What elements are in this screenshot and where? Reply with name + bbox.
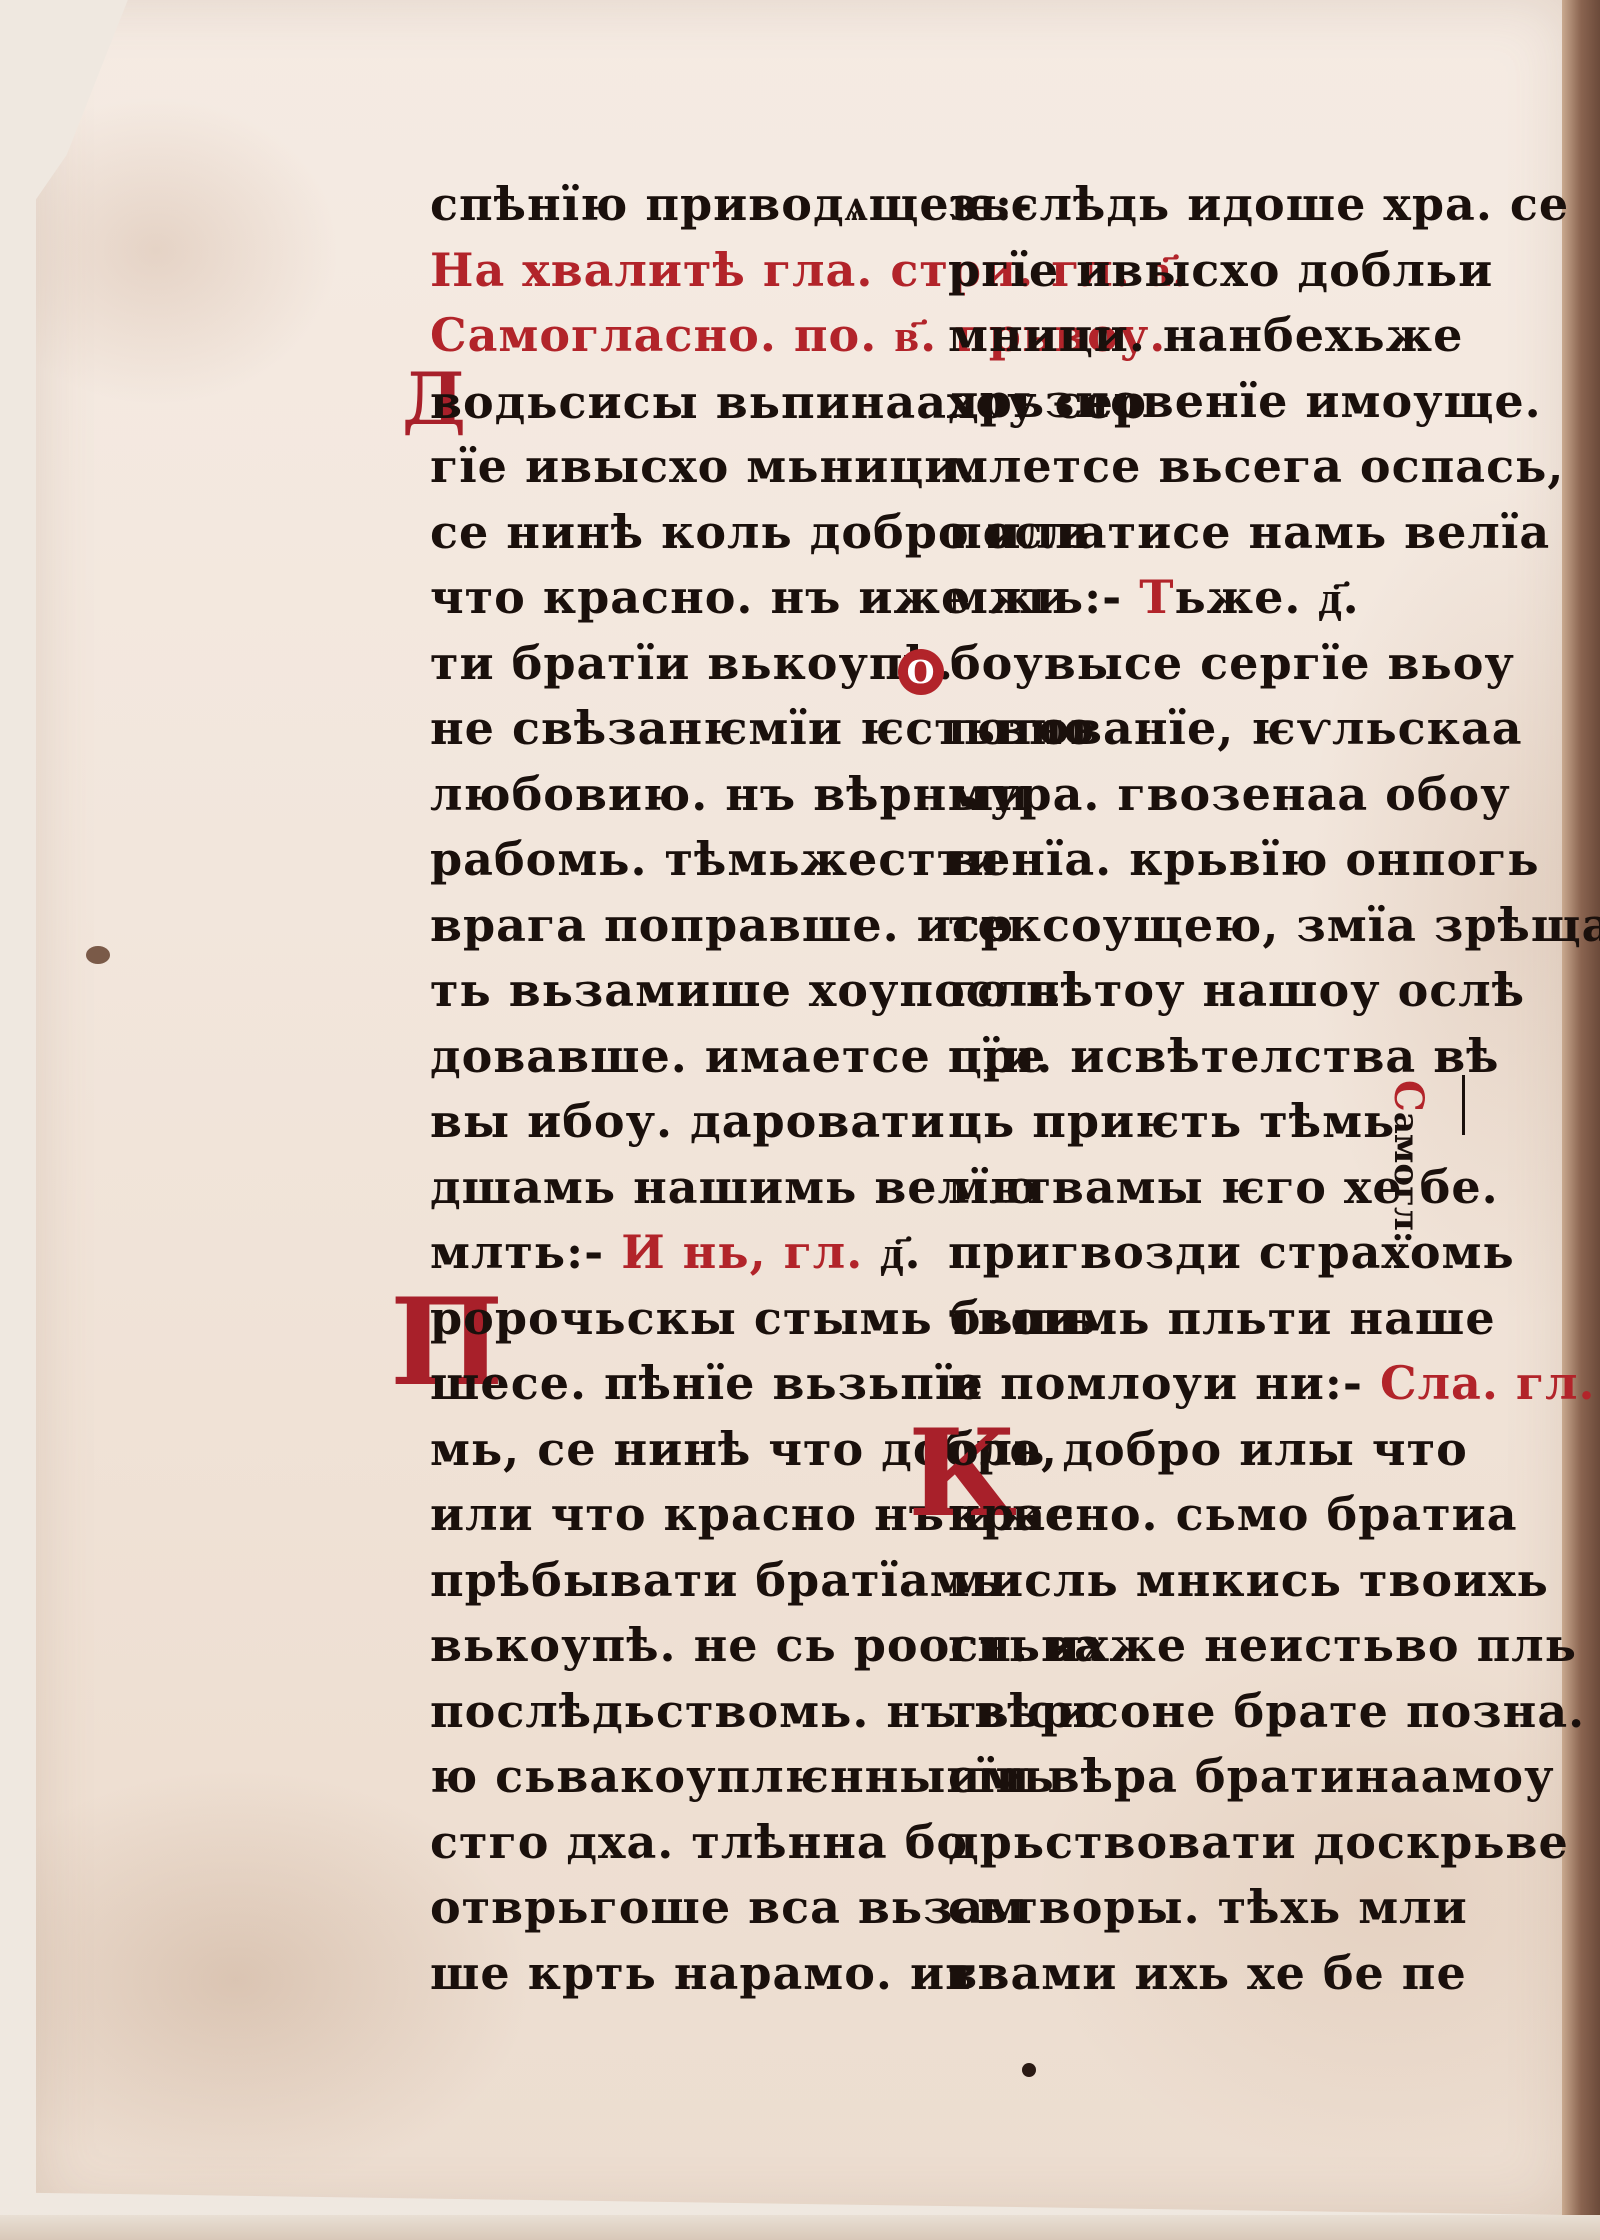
line-text: сїи вѣра братинаамоу xyxy=(948,1749,1555,1803)
line-text: тексоущею, змїа зрѣща xyxy=(948,898,1600,952)
left-text-column: спѣнїю приводѧщеѥ:-На хвалитѣ гла. стри.… xyxy=(430,172,930,2006)
text-line: врага поправше. иср xyxy=(430,893,930,959)
text-line: отврьгоше вса вьзам xyxy=(430,1875,930,1941)
text-line: сїи вѣра братинаамоу xyxy=(948,1744,1448,1810)
line-text: шесе. пѣнїе вьзьпїе xyxy=(430,1356,984,1410)
line-text: го пѣтоу нашоу ослѣ xyxy=(948,963,1525,1017)
line-text: врага поправше. иср xyxy=(430,898,1014,952)
margin-initial: С xyxy=(1385,1080,1432,1112)
text-line: ю сьвакоуплѥнныимь xyxy=(430,1744,930,1810)
line-text: гн. ихже неистьво пль xyxy=(948,1618,1577,1672)
line-text: пїи. исвѣтелства вѣ xyxy=(948,1029,1500,1083)
text-line: ть вьзамише хоупосль xyxy=(430,958,930,1024)
text-line: се нинѣ коль добро или xyxy=(430,500,930,566)
text-line: довавше. имаетсе цре xyxy=(430,1024,930,1090)
text-line: дрьзновенїе имоуще. xyxy=(948,369,1448,435)
text-line: мура. гвозенаа обоу xyxy=(948,762,1448,828)
rubric-text: Т xyxy=(1139,570,1174,624)
line-text: г҃. xyxy=(1596,1356,1600,1410)
text-line: мници. нанбехьже xyxy=(948,303,1448,369)
line-text: ть сисоне брате позна. xyxy=(948,1684,1585,1738)
line-text: послатисе намь велїа xyxy=(948,505,1550,559)
line-text: оль добро илы что xyxy=(948,1422,1468,1476)
line-text: рабомь. тѣмьжестти xyxy=(430,832,1001,886)
line-text: ць приѥть тѣмь xyxy=(948,1094,1395,1148)
line-text: млть:- xyxy=(430,1225,621,1279)
text-line: Пророчьскы стымь бьшь xyxy=(430,1286,930,1352)
text-line: Обоувысе сергїе вьоу xyxy=(948,631,1448,697)
text-line: послатисе намь велїа xyxy=(948,500,1448,566)
text-line: послѣдьствомь. нъ вѣро xyxy=(430,1679,930,1745)
text-line: Дводьсисы вьпинаахоу сер xyxy=(430,369,930,435)
text-line: го пѣтоу нашоу ослѣ xyxy=(948,958,1448,1024)
line-text: зьслѣдь идоше хра. се xyxy=(948,177,1569,231)
line-text: спѣнїю приводѧщеѥ:- xyxy=(430,177,1033,231)
line-text: красно. сьмо братиа xyxy=(948,1487,1518,1541)
line-text: ше крть нарамо. ивь xyxy=(430,1946,1010,2000)
line-text: дрьствовати доскрьве xyxy=(948,1815,1569,1869)
text-line: мисль мнкись твоихь xyxy=(948,1548,1448,1614)
text-line: любовию. нъ вѣрныи xyxy=(430,762,930,828)
line-text: ргїе ивысхо добльи xyxy=(948,243,1493,297)
manuscript-scan: спѣнїю приводѧщеѥ:-На хвалитѣ гла. стри.… xyxy=(0,0,1600,2240)
text-line: млть:- И нь, гл. д҃. xyxy=(430,1220,930,1286)
line-text: мура. гвозенаа обоу xyxy=(948,767,1511,821)
rubric-text: Сла. гл. xyxy=(1380,1356,1596,1410)
line-text: готованїе, ѥѵльскаа xyxy=(948,701,1523,755)
line-text: ьже. д҃. xyxy=(1174,570,1359,624)
line-text: дшамь нашимь велїю xyxy=(430,1160,1038,1214)
text-line: ргїе ивысхо добльи xyxy=(948,238,1448,304)
text-line: и помлоуи ни:- Сла. гл. г҃. xyxy=(948,1351,1448,1417)
text-line: прѣбывати братїамь xyxy=(430,1548,930,1614)
text-line: красно. сьмо братиа xyxy=(948,1482,1448,1548)
text-line: венїа. крьвїю онпогь xyxy=(948,827,1448,893)
text-line: гїе ивысхо мьници. xyxy=(430,434,930,500)
illuminated-initial: П xyxy=(390,1288,430,1398)
text-line: ше крть нарамо. ивь xyxy=(430,1941,930,2007)
margin-mark xyxy=(1462,1075,1465,1135)
illuminated-initial: К xyxy=(908,1419,948,1529)
line-text: твоимь пльти наше xyxy=(948,1291,1496,1345)
line-text: мници. нанбехьже xyxy=(948,308,1463,362)
line-text: дрьзновенїе имоуще. xyxy=(948,374,1542,428)
text-line: пригвозди страхомь xyxy=(948,1220,1448,1286)
text-line: ти братїи вькоупѣ. xyxy=(430,631,930,697)
right-text-column: зьслѣдь идоше хра. сергїе ивысхо добльим… xyxy=(948,172,1448,2006)
text-line: не свѣзанѥмїи ѥстьвно xyxy=(430,696,930,762)
line-text: боувысе сергїе вьоу xyxy=(950,636,1515,690)
text-line: дрьствовати доскрьве xyxy=(948,1810,1448,1876)
text-line: шесе. пѣнїе вьзьпїе xyxy=(430,1351,930,1417)
text-line: готованїе, ѥѵльскаа xyxy=(948,696,1448,762)
line-text: отврьгоше вса вьзам xyxy=(430,1880,1025,1934)
bottom-edge xyxy=(0,2215,1600,2240)
text-line: Коль добро илы что xyxy=(948,1417,1448,1483)
text-line: Самогласно. по. в҃. прьвоу. xyxy=(430,303,930,369)
rubric-text: И нь, гл. xyxy=(621,1225,863,1279)
line-text: гїе ивысхо мьници. xyxy=(430,439,976,493)
margin-annotation: Самогл: xyxy=(1385,1080,1432,1243)
line-text: стго дха. тлѣнна бо xyxy=(430,1815,968,1869)
text-line: млть:- Тьже. д҃. xyxy=(948,565,1448,631)
text-line: твами ихь хе бе пе xyxy=(948,1941,1448,2007)
text-line: ть сисоне брате позна. xyxy=(948,1679,1448,1745)
line-text: любовию. нъ вѣрныи xyxy=(430,767,1030,821)
line-text: и помлоуи ни:- xyxy=(948,1356,1380,1410)
line-text: мисль мнкись твоихь xyxy=(948,1553,1549,1607)
text-line: На хвалитѣ гла. стри. гл. а҃. xyxy=(430,238,930,304)
text-line: ць приѥть тѣмь xyxy=(948,1089,1448,1155)
margin-text: амогл: xyxy=(1386,1112,1426,1244)
line-text: венїа. крьвїю онпогь xyxy=(948,832,1540,886)
line-text: млетсе вьсега оспась, xyxy=(948,439,1564,493)
line-text: ти братїи вькоупѣ. xyxy=(430,636,954,690)
text-line: пїи. исвѣтелства вѣ xyxy=(948,1024,1448,1090)
line-text: д҃. xyxy=(863,1225,921,1279)
line-text: твами ихь хе бе пе xyxy=(948,1946,1467,2000)
text-line: или что красно нъ иже xyxy=(430,1482,930,1548)
text-line: сьтворы. тѣхь мли xyxy=(948,1875,1448,1941)
line-text: вы ибоу. даровати xyxy=(430,1094,946,1148)
text-line: млтвамы ѥго хе бе. xyxy=(948,1155,1448,1221)
binding-edge xyxy=(1562,0,1600,2240)
text-line: стго дха. тлѣнна бо xyxy=(430,1810,930,1876)
text-line: спѣнїю приводѧщеѥ:- xyxy=(430,172,930,238)
illuminated-initial: Д xyxy=(402,369,430,429)
line-text: сьтворы. тѣхь мли xyxy=(948,1880,1468,1934)
illuminated-initial-o: О xyxy=(898,649,944,695)
line-text: млть:- xyxy=(948,570,1139,624)
text-line: что красно. нъ иже жи xyxy=(430,565,930,631)
line-text: прѣбывати братїамь xyxy=(430,1553,1003,1607)
text-line: твоимь пльти наше xyxy=(948,1286,1448,1352)
text-line: тексоущею, змїа зрѣща xyxy=(948,893,1448,959)
text-line: вькоупѣ. не сь роостьва xyxy=(430,1613,930,1679)
stain-mark xyxy=(86,946,110,964)
text-line: гн. ихже неистьво пль xyxy=(948,1613,1448,1679)
ink-dot xyxy=(1022,2063,1036,2077)
text-line: рабомь. тѣмьжестти xyxy=(430,827,930,893)
text-line: мь, се нинѣ что добро, xyxy=(430,1417,930,1483)
text-line: млетсе вьсега оспась, xyxy=(948,434,1448,500)
text-line: дшамь нашимь велїю xyxy=(430,1155,930,1221)
text-line: вы ибоу. даровати xyxy=(430,1089,930,1155)
text-line: зьслѣдь идоше хра. се xyxy=(948,172,1448,238)
